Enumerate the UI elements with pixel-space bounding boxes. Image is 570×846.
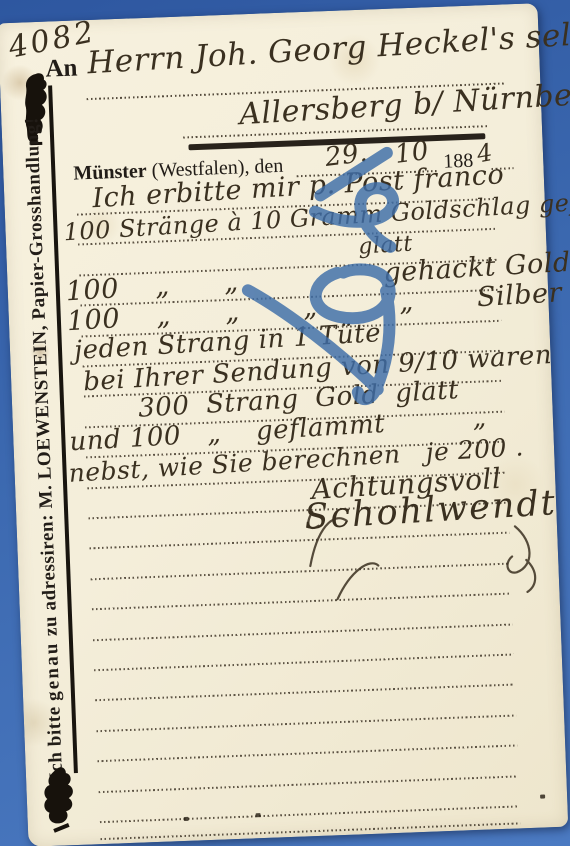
paper-speck xyxy=(540,794,545,798)
scan-background: 4082 Ich bitte genau zu adressiren: M. L… xyxy=(0,0,570,846)
postcard: 4082 Ich bitte genau zu adressiren: M. L… xyxy=(0,3,568,846)
paper-speck xyxy=(184,817,189,821)
blue-crayon-scribble xyxy=(0,3,568,846)
paper-speck xyxy=(256,813,261,817)
